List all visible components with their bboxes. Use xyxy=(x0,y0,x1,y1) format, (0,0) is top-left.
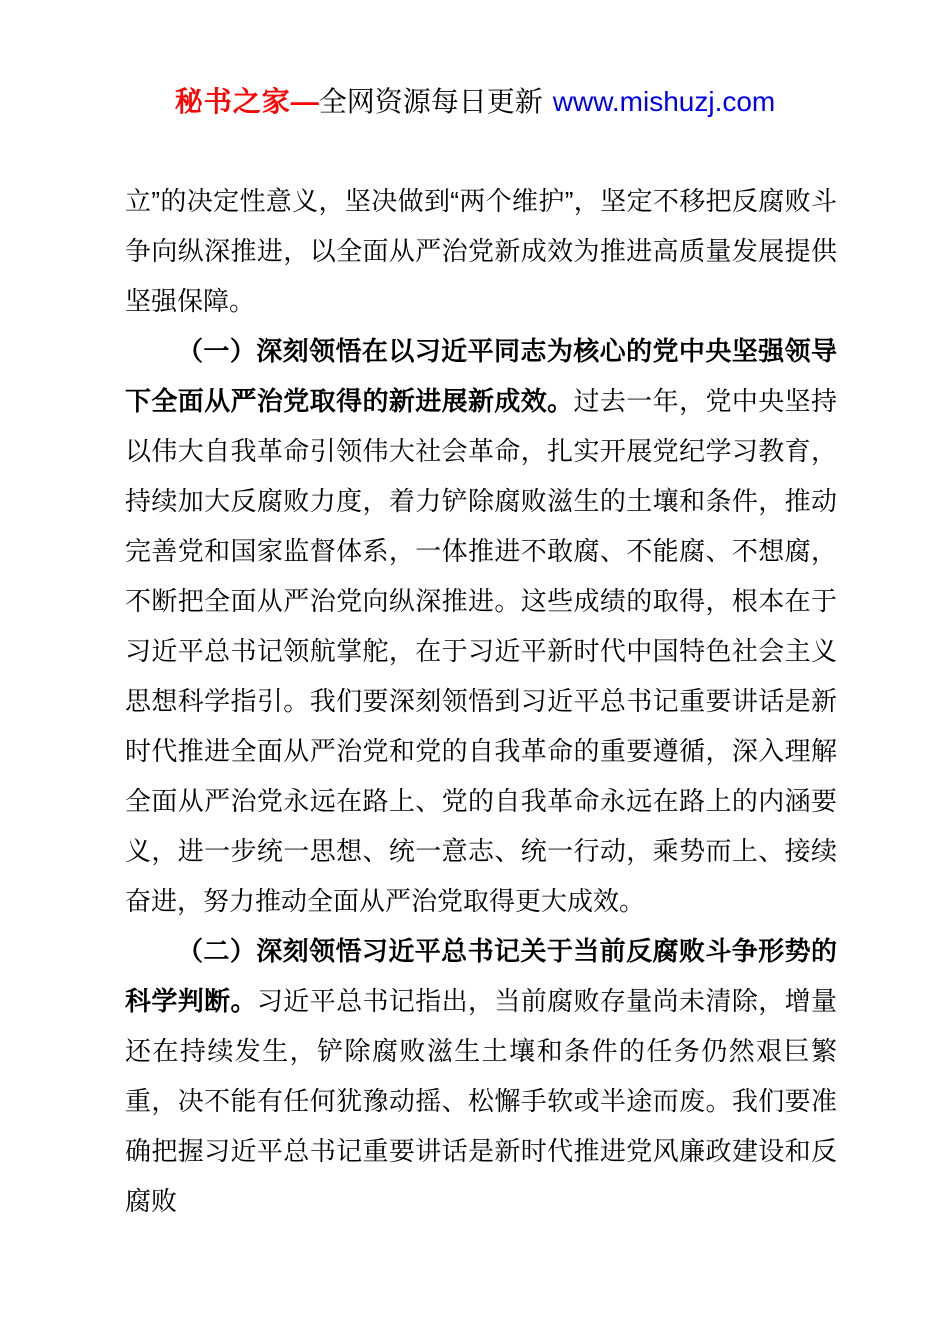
document-page: 秘书之家—全网资源每日更新www.mishuzj.com 立”的决定性意义，坚决… xyxy=(0,0,950,1344)
section-two-body-text: 习近平总书记指出，当前腐败存量尚未清除，增量还在持续发生，铲除腐败滋生土壤和条件… xyxy=(125,986,837,1216)
header-tagline-text: 全网资源每日更新 xyxy=(319,86,543,117)
header-separator: — xyxy=(291,86,319,117)
paragraph-section-one: （一）深刻领悟在以习近平同志为核心的党中央坚强领导下全面从严治党取得的新进展新成… xyxy=(125,326,837,926)
page-header: 秘书之家—全网资源每日更新www.mishuzj.com xyxy=(0,85,950,119)
paragraph-section-two: （二）深刻领悟习近平总书记关于当前反腐败斗争形势的科学判断。习近平总书记指出，当… xyxy=(125,926,837,1226)
site-url-link[interactable]: www.mishuzj.com xyxy=(553,86,775,117)
document-body: 立”的决定性意义，坚决做到“两个维护”，坚定不移把反腐败斗争向纵深推进，以全面从… xyxy=(125,176,837,1226)
site-name-text: 秘书之家 xyxy=(175,86,291,117)
paragraph-continuation: 立”的决定性意义，坚决做到“两个维护”，坚定不移把反腐败斗争向纵深推进，以全面从… xyxy=(125,176,837,326)
section-one-body-text: 过去一年，党中央坚持以伟大自我革命引领伟大社会革命，扎实开展党纪学习教育，持续加… xyxy=(125,386,837,916)
paragraph-text: 立”的决定性意义，坚决做到“两个维护”，坚定不移把反腐败斗争向纵深推进，以全面从… xyxy=(125,186,837,316)
